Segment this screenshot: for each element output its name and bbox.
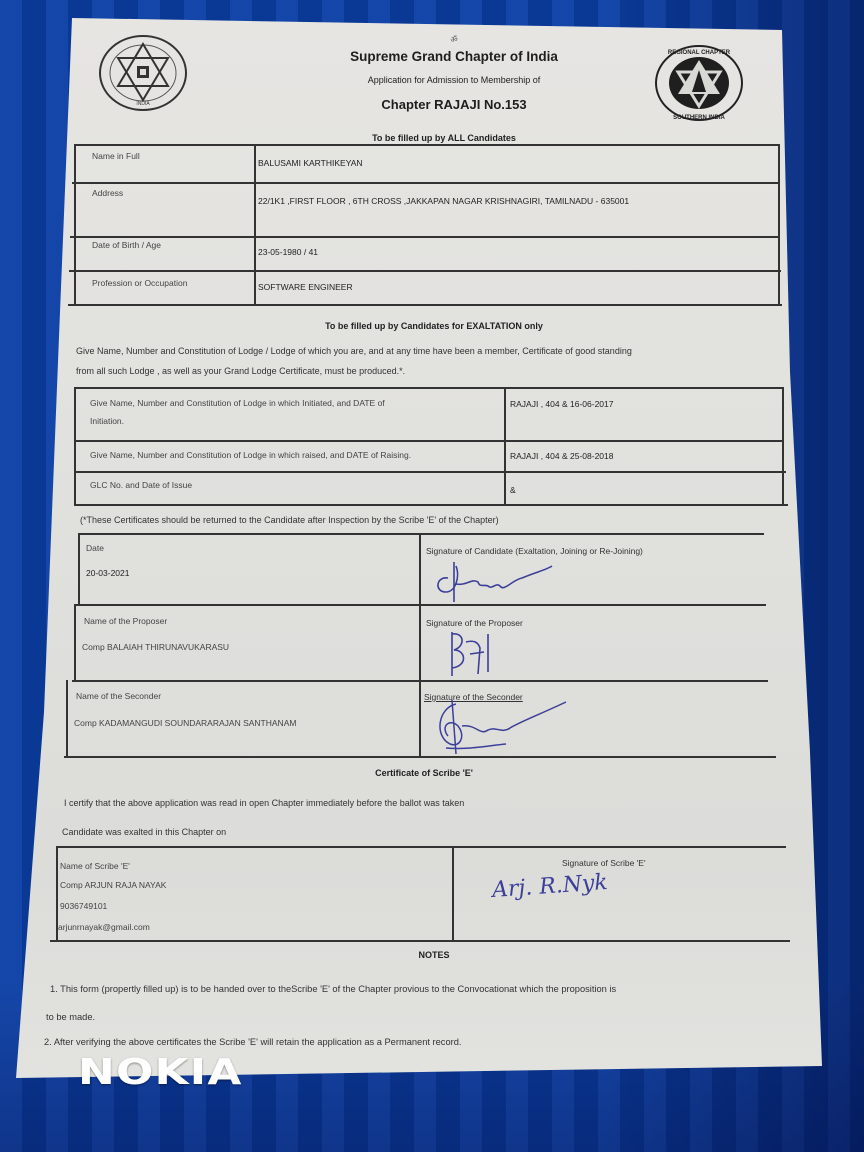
application-form-paper: INDIA REGIONAL CHAPTER SOUTHERN INDIA ॐ … <box>14 12 824 1078</box>
regional-chapter-southern-india-seal-icon: REGIONAL CHAPTER SOUTHERN INDIA <box>654 44 744 122</box>
scribe-email: arjunrnayak@gmail.com <box>58 922 150 932</box>
profession-value: SOFTWARE ENGINEER <box>258 282 353 292</box>
note-1-line2: to be made. <box>46 1012 95 1022</box>
address-value: 22/1K1 ,FIRST FLOOR , 6TH CROSS ,JAKKAPA… <box>258 196 629 206</box>
initiated-value: RAJAJI , 404 & 16-06-2017 <box>510 399 613 409</box>
glc-value: & <box>510 485 516 495</box>
proposer-signature-icon <box>444 624 514 684</box>
chapter-name: Chapter RAJAJI No.153 <box>254 97 654 112</box>
supreme-grand-chapter-seal-icon: INDIA <box>98 34 188 112</box>
initiated-label-line2: Initiation. <box>90 416 124 426</box>
om-symbol: ॐ <box>254 34 654 45</box>
scribe-name-label: Name of Scribe 'E' <box>60 861 130 871</box>
document-subtitle: Application for Admission to Membership … <box>254 75 654 85</box>
dob-value: 23-05-1980 / 41 <box>258 247 318 257</box>
initiated-label-line1: Give Name, Number and Constitution of Lo… <box>90 398 385 408</box>
name-value: BALUSAMI KARTHIKEYAN <box>258 158 363 168</box>
section-heading-all-candidates: To be filled up by ALL Candidates <box>244 133 644 143</box>
scribe-phone: 9036749101 <box>60 901 107 911</box>
scribe-certify-text: I certify that the above application was… <box>64 798 464 808</box>
name-label: Name in Full <box>92 151 140 161</box>
seconder-signature-icon <box>426 696 576 758</box>
exaltation-instruction-line1: Give Name, Number and Constitution of Lo… <box>76 346 632 356</box>
raised-value: RAJAJI , 404 & 25-08-2018 <box>510 451 613 461</box>
address-label: Address <box>92 188 123 198</box>
proposer-value: Comp BALAIAH THIRUNAVUKARASU <box>82 642 229 652</box>
candidate-signature-icon <box>426 556 566 606</box>
scribe-signature: Arj. R.Nyk <box>491 870 608 903</box>
section-heading-scribe-certificate: Certificate of Scribe 'E' <box>214 768 634 778</box>
note-2: 2. After verifying the above certificate… <box>44 1037 461 1047</box>
section-heading-exaltation: To be filled up by Candidates for EXALTA… <box>224 321 644 331</box>
profession-label: Profession or Occupation <box>92 278 187 288</box>
seconder-label: Name of the Seconder <box>76 691 161 701</box>
svg-text:REGIONAL CHAPTER: REGIONAL CHAPTER <box>668 50 731 56</box>
candidate-signature-label: Signature of Candidate (Exaltation, Join… <box>426 546 643 556</box>
raised-label: Give Name, Number and Constitution of Lo… <box>90 450 411 460</box>
certificates-footnote: (*These Certificates should be returned … <box>80 515 499 525</box>
exaltation-instruction-line2: from all such Lodge , as well as your Gr… <box>76 366 405 376</box>
nokia-watermark: NOKIA <box>78 1052 243 1093</box>
seconder-value: Comp KADAMANGUDI SOUNDARARAJAN SANTHANAM <box>74 718 296 728</box>
exalted-date-text: Candidate was exalted in this Chapter on <box>62 827 226 837</box>
proposer-label: Name of the Proposer <box>84 616 167 626</box>
scribe-name-value: Comp ARJUN RAJA NAYAK <box>60 880 166 890</box>
date-label: Date <box>86 543 104 553</box>
dob-label: Date of Birth / Age <box>92 240 161 250</box>
glc-label: GLC No. and Date of Issue <box>90 480 192 490</box>
document-title: Supreme Grand Chapter of India <box>254 49 654 64</box>
scribe-signature-label: Signature of Scribe 'E' <box>562 858 646 868</box>
svg-text:SOUTHERN INDIA: SOUTHERN INDIA <box>673 115 725 121</box>
note-1-line1: 1. This form (propertly filled up) is to… <box>50 984 616 994</box>
notes-heading: NOTES <box>224 950 644 960</box>
date-value: 20-03-2021 <box>86 568 129 578</box>
svg-text:INDIA: INDIA <box>136 101 150 107</box>
